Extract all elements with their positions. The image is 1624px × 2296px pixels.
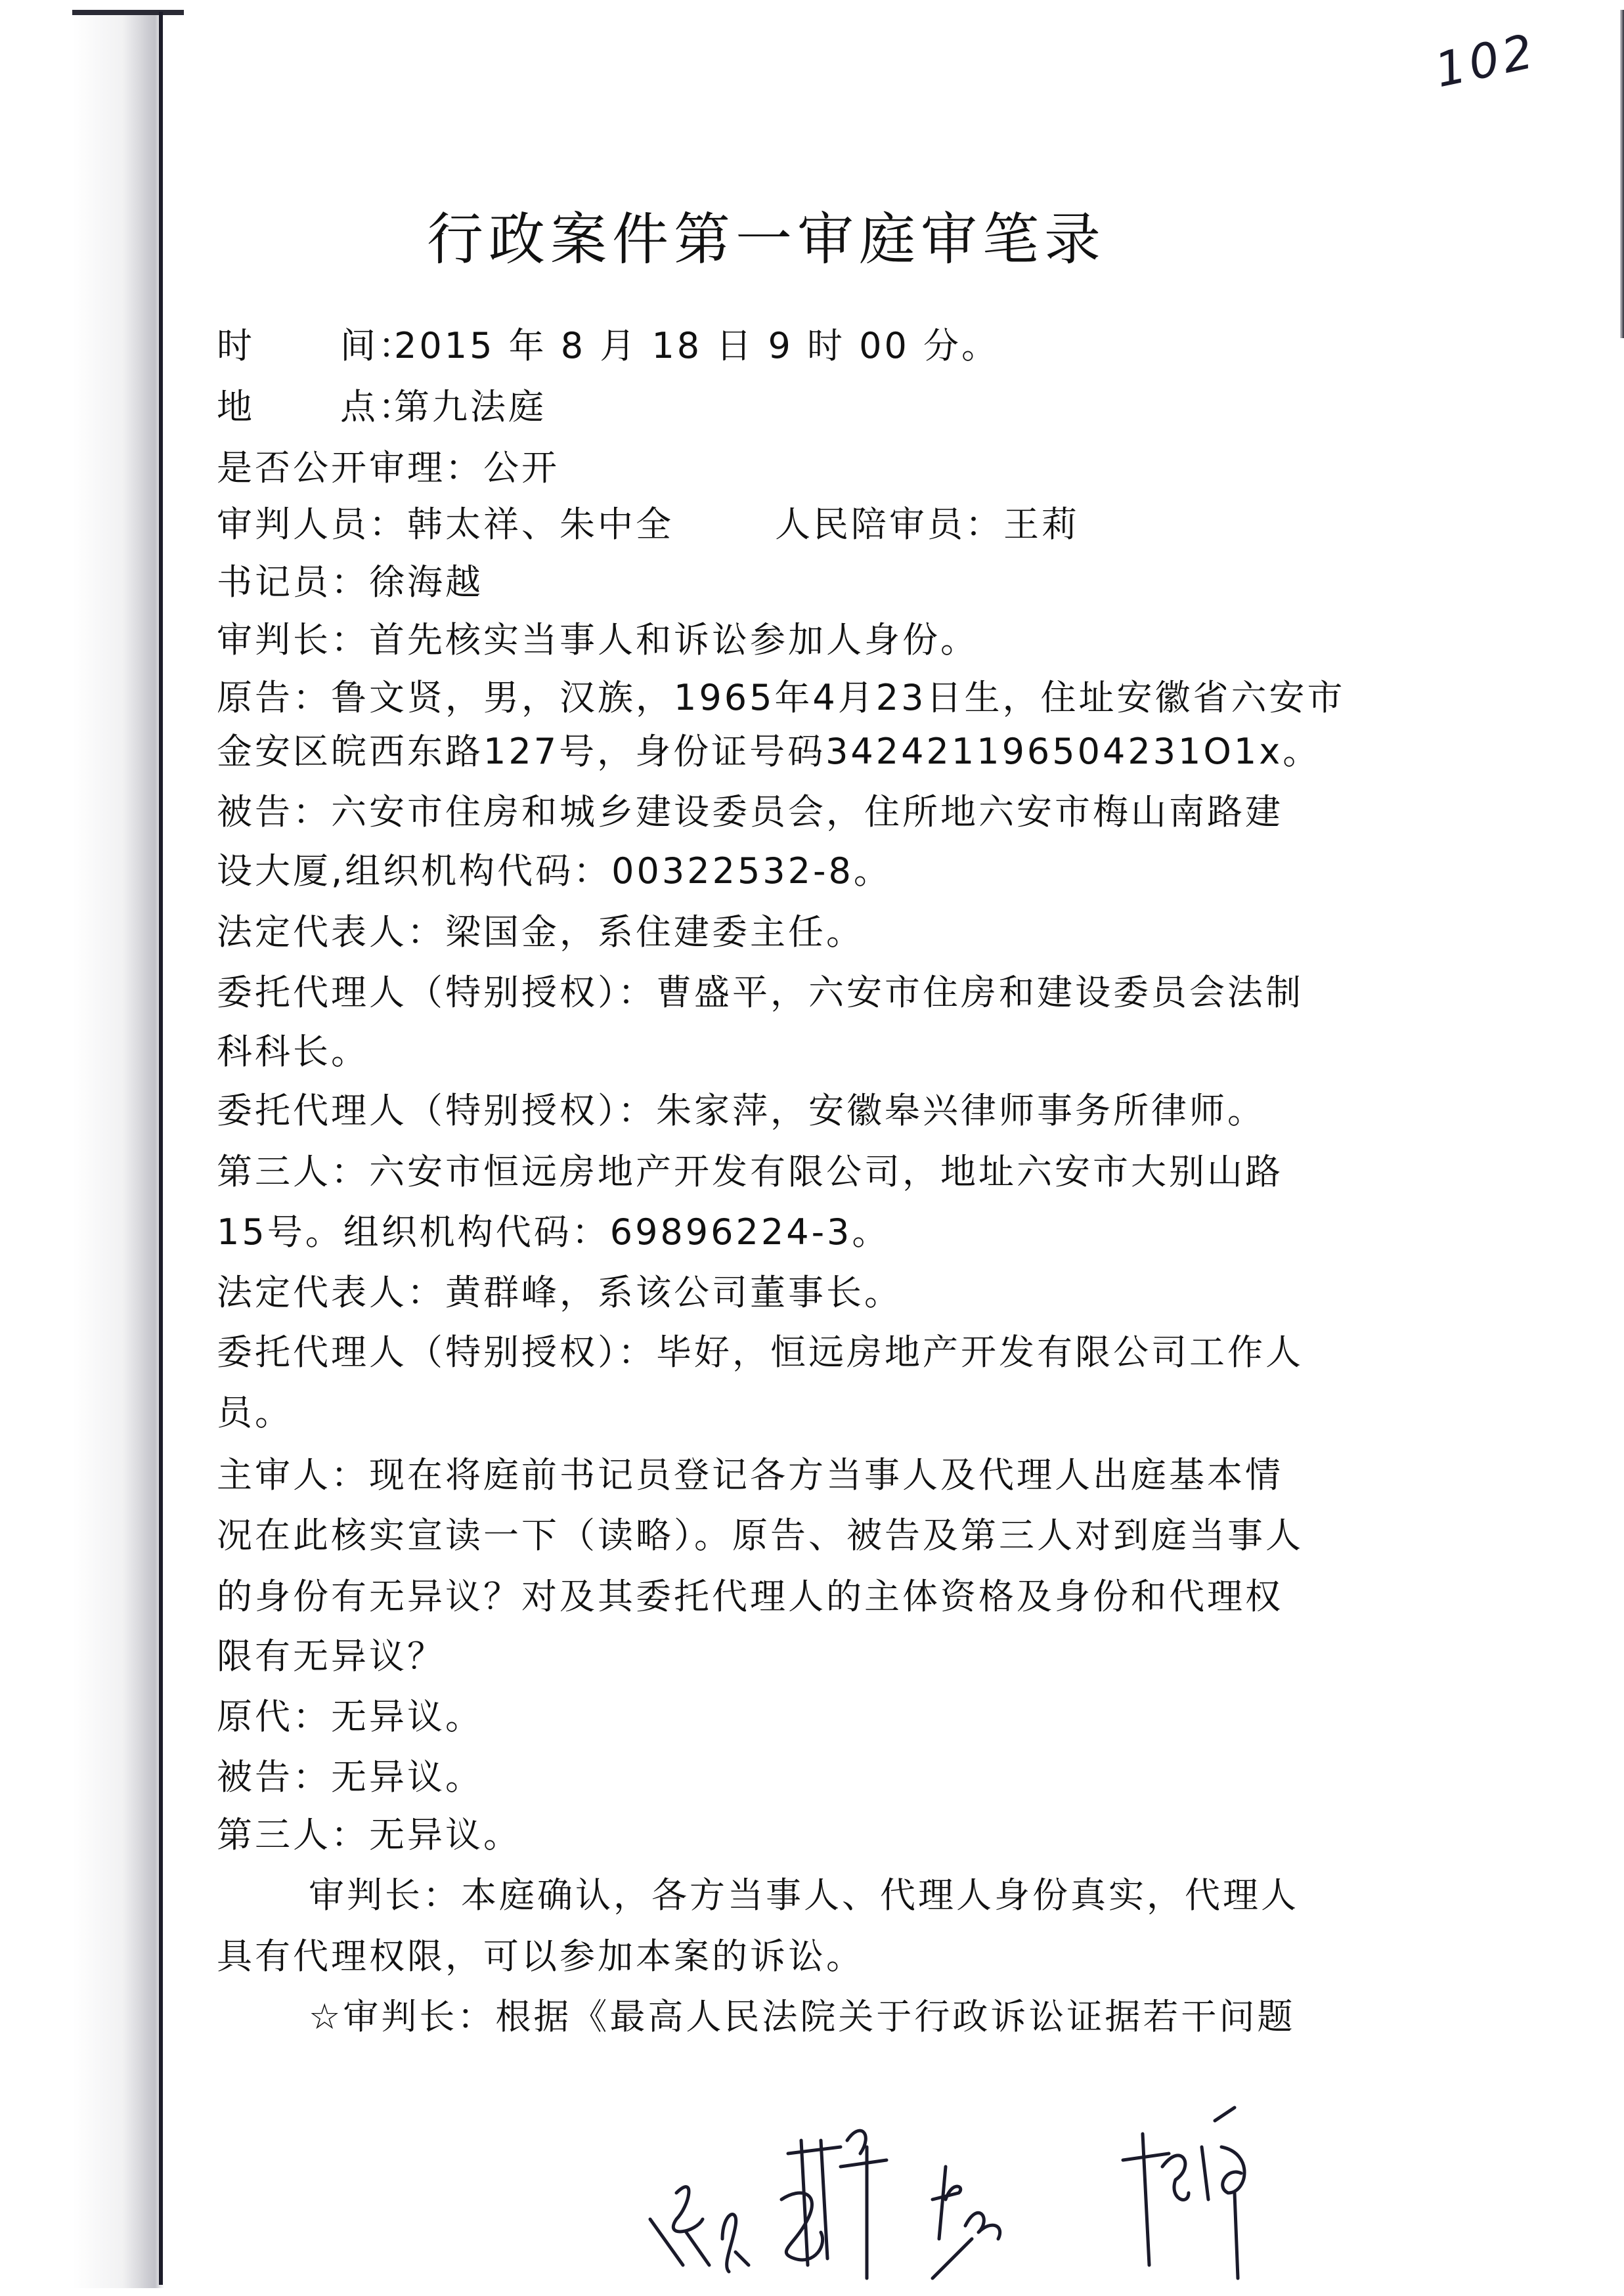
field-label: 是否公开审理：	[217, 447, 483, 488]
transcript-line: 被告：六安市住房和城乡建设委员会，住所地六安市梅山南路建	[217, 794, 1283, 830]
field-public-hearing: 是否公开审理：公开	[217, 450, 560, 486]
field-time: 时间：2015 年 8 月 18 日 9 时 00 分。	[217, 328, 999, 364]
transcript-line: 设大厦,组织机构代码：00322532-8。	[217, 854, 892, 889]
transcript-line: 况在此核实宣读一下（读略）。原告、被告及第三人对到庭当事人	[217, 1518, 1304, 1553]
field-label: 时	[217, 325, 255, 366]
field-value: 韩太祥、朱中全	[407, 507, 775, 542]
handwritten-page-number: 102	[1430, 23, 1542, 98]
transcript-line: 被告：无异议。	[217, 1760, 483, 1795]
transcript-line: 法定代表人：梁国金，系住建委主任。	[217, 915, 864, 950]
signatures-area	[624, 2068, 1478, 2285]
transcript-line: 委托代理人（特别授权）：曹盛平，六安市住房和建设委员会法制	[217, 975, 1304, 1010]
transcript-line: 15号。组织机构代码：69896224-3。	[217, 1215, 890, 1250]
field-label: 书记员：	[217, 561, 369, 603]
transcript-line: 科科长。	[217, 1034, 369, 1070]
field-value: 公开	[483, 447, 560, 488]
field-label: 审判人员：	[217, 504, 407, 545]
transcript-line: 第三人：六安市恒远房地产开发有限公司，地址六安市大别山路	[217, 1154, 1283, 1190]
transcript-line: 原代：无异议。	[217, 1699, 483, 1735]
transcript-line: 员。	[217, 1395, 293, 1431]
field-value: 王莉	[1003, 504, 1080, 545]
handwritten-signatures-icon	[624, 2068, 1478, 2285]
document-title: 行政案件第一审庭审笔录	[427, 194, 1106, 275]
transcript-line: 主审人：现在将庭前书记员登记各方当事人及代理人出庭基本情	[217, 1458, 1283, 1493]
transcript-line: 委托代理人（特别授权）：毕好，恒远房地产开发有限公司工作人	[217, 1335, 1304, 1370]
field-label: 人民陪审员：	[775, 504, 1003, 545]
scan-binding-line	[159, 12, 163, 2285]
scan-right-edge	[1620, 10, 1624, 338]
transcript-line: 委托代理人（特别授权）：朱家萍，安徽皋兴律师事务所律师。	[217, 1093, 1265, 1129]
transcript-line: 审判长：首先核实当事人和诉讼参加人身份。	[217, 622, 978, 658]
transcript-line: 的身份有无异议？对及其委托代理人的主体资格及身份和代理权	[217, 1579, 1283, 1614]
field-value: 2015 年 8 月 18 日 9 时 00 分。	[394, 325, 999, 366]
transcript-line: 法定代表人：黄群峰，系该公司董事长。	[217, 1275, 902, 1310]
field-value: 第九法庭	[394, 386, 546, 427]
transcript-line: 第三人：无异议。	[217, 1817, 521, 1853]
transcript-line: ☆审判长：根据《最高人民法院关于行政诉讼证据若干问题	[309, 1999, 1295, 2035]
scan-binding-top-edge	[72, 10, 184, 15]
transcript-line: 具有代理权限，可以参加本案的诉讼。	[217, 1939, 864, 1974]
scan-binding-shadow	[72, 10, 164, 2288]
field-judges: 审判人员：韩太祥、朱中全人民陪审员：王莉	[217, 507, 1080, 542]
transcript-line: 金安区皖西东路127号，身份证号码342421196504231O1x。	[217, 734, 1321, 769]
field-value: 徐海越	[369, 561, 483, 603]
transcript-line: 原告：鲁文贤，男，汉族，1965年4月23日生，住址安徽省六安市	[217, 680, 1346, 716]
field-clerk: 书记员：徐海越	[217, 565, 483, 600]
transcript-line: 审判长：本庭确认，各方当事人、代理人身份真实，代理人	[309, 1878, 1299, 1913]
field-label: 地	[217, 386, 255, 427]
field-place: 地点：第九法庭	[217, 389, 546, 425]
transcript-line: 限有无异议？	[217, 1639, 445, 1674]
